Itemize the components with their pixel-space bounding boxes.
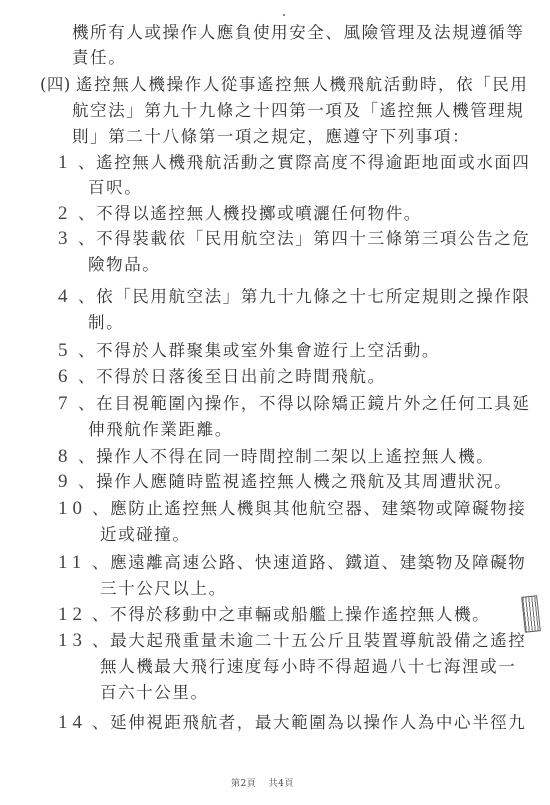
item-line: 、應防止遙控無人機與其他航空器、建築物或障礙物接 (92, 499, 526, 519)
item-number: 13 (58, 631, 87, 651)
scan-speck (283, 14, 285, 16)
document-page: 機所有人或操作人應負使用安全、風險管理及法規遵循等 責任。 (四) 遙控無人機操… (0, 0, 550, 805)
section-label: (四) (40, 75, 71, 95)
item-line: 、不得於日落後至日出前之時間飛航。 (78, 367, 386, 387)
item-number: 7 (58, 394, 70, 414)
item-line: 、不得以遙控無人機投擲或噴灑任何物件。 (78, 204, 422, 224)
item-line: 伸飛航作業距離。 (88, 420, 233, 440)
seal-stamp-icon (521, 595, 541, 632)
item-line: 百呎。 (88, 178, 142, 198)
item-line: 、應遠離高速公路、快速道路、鐵道、建築物及障礙物 (92, 553, 526, 573)
section-line: 則」第二十八條第一項之規定，應遵守下列事項： (72, 127, 470, 147)
item-number: 9 (58, 472, 70, 492)
item-number: 4 (58, 287, 70, 307)
item-line: 、最大起飛重量未逾二十五公斤且裝置導航設備之遙控 (92, 631, 526, 651)
page-footer: 第2頁 共4頁 (231, 776, 303, 789)
item-line: 、不得裝載依「民用航空法」第四十三條第三項公告之危 (78, 229, 531, 249)
item-line: 、在目視範圍內操作，不得以除矯正鏡片外之任何工具延 (78, 394, 531, 414)
item-number: 1 (58, 153, 70, 173)
item-number: 8 (58, 447, 70, 467)
item-line: 、不得於人群聚集或室外集會遊行上空活動。 (78, 341, 440, 361)
item-line: 近或碰撞。 (100, 525, 191, 545)
page-number: 第2頁 (231, 779, 256, 789)
item-number: 14 (58, 713, 87, 733)
section-line: 遙控無人機操作人從事遙控無人機飛航活動時，依「民用 (76, 75, 529, 95)
item-number: 5 (58, 341, 70, 361)
page-total: 共4頁 (269, 779, 294, 789)
item-number: 10 (58, 499, 87, 519)
item-line: 制。 (88, 313, 124, 333)
item-number: 11 (58, 553, 86, 573)
item-number: 12 (58, 605, 87, 625)
item-number: 6 (58, 367, 70, 387)
item-line: 、操作人應隨時監視遙控無人機之飛航及其周遭狀況。 (78, 472, 512, 492)
item-number: 2 (58, 204, 70, 224)
item-line: 、遙控無人機飛航活動之實際高度不得逾距地面或水面四 (78, 153, 531, 173)
section-line: 航空法」第九十九條之十四第一項及「遙控無人機管理規 (72, 101, 525, 121)
item-line: 百六十公里。 (100, 683, 209, 703)
item-line: 、依「民用航空法」第九十九條之十七所定規則之操作限 (78, 287, 531, 307)
item-line: 、延伸視距飛航者，最大範圍為以操作人為中心半徑九 (92, 713, 526, 733)
item-line: 無人機最大飛行速度每小時不得超過八十七海浬或一 (100, 657, 516, 677)
item-line: 三十公尺以上。 (100, 579, 227, 599)
item-line: 、不得於移動中之車輛或船艦上操作遙控無人機。 (92, 605, 490, 625)
item-line: 險物品。 (88, 255, 160, 275)
item-line: 、操作人不得在同一時間控制二架以上遙控無人機。 (78, 447, 494, 467)
continuation-line: 機所有人或操作人應負使用安全、風險管理及法規遵循等 (72, 23, 525, 43)
item-number: 3 (58, 229, 70, 249)
continuation-line: 責任。 (72, 48, 126, 68)
